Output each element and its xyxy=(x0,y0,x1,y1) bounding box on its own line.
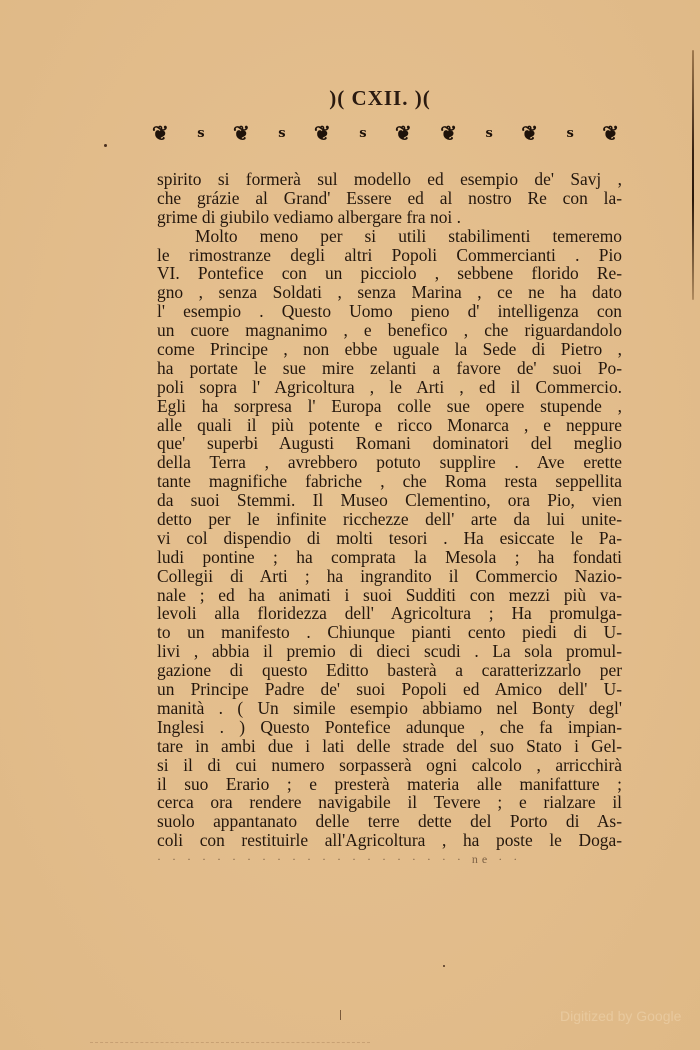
text-line: coli con restituirle all'Agricoltura , h… xyxy=(157,831,622,850)
ornament-s-glyph: s xyxy=(197,126,203,141)
speck xyxy=(443,965,445,967)
text-line: che grázie al Grand' Essere ed al nostro… xyxy=(157,189,622,208)
decorative-ornament-band: ❦s❦s❦s❦❦s❦s❦ xyxy=(152,118,618,148)
text-line: VI. Pontefice con un picciolo , sebbene … xyxy=(157,264,622,283)
text-line: l' esempio . Questo Uomo pieno d' intell… xyxy=(157,302,622,321)
text-line: poli sopra l' Agricoltura , le Arti , ed… xyxy=(157,378,622,397)
ornament-leaf-icon: ❦ xyxy=(314,121,330,145)
ornament-s-glyph: s xyxy=(359,126,365,141)
ornament-leaf-icon: ❦ xyxy=(440,121,456,145)
ornament-leaf-icon: ❦ xyxy=(395,121,411,145)
text-line: to un manifesto . Chiunque pianti cento … xyxy=(157,623,622,642)
ornament-s-glyph: s xyxy=(278,126,284,141)
text-line: grime di giubilo vediamo albergare fra n… xyxy=(157,208,622,227)
text-line: detto per le infinite ricchezze dell' ar… xyxy=(157,510,622,529)
text-line: Collegii di Arti ; ha ingrandito il Comm… xyxy=(157,567,622,586)
body-text: spirito si formerà sul modello ed esempi… xyxy=(157,170,622,869)
watermark: Digitized by Google xyxy=(560,1008,681,1024)
text-line: · · · · · · · · · · · · · · · · · · · · … xyxy=(157,850,622,869)
text-line: Inglesi . ) Questo Pontefice adunque , c… xyxy=(157,718,622,737)
text-line: manità . ( Un simile esempio abbiamo nel… xyxy=(157,699,622,718)
ornament-leaf-icon: ❦ xyxy=(152,121,168,145)
ornament-leaf-icon: ❦ xyxy=(602,121,618,145)
page-number: )( CXII. )( xyxy=(0,86,700,111)
text-line: Molto meno per si utili stabilimenti tem… xyxy=(157,227,622,246)
text-line: alle quali il più potente e ricco Monarc… xyxy=(157,416,622,435)
text-line: della Terra , avrebbero potuto supplire … xyxy=(157,453,622,472)
text-line: gno , senza Soldati , senza Marina , ce … xyxy=(157,283,622,302)
text-line: un cuore magnanimo , e benefico , che ri… xyxy=(157,321,622,340)
ornament-s-glyph: s xyxy=(485,126,491,141)
text-line: da suoi Stemmi. Il Museo Clementino, ora… xyxy=(157,491,622,510)
text-line: ludi pontine ; ha comprata la Mesola ; h… xyxy=(157,548,622,567)
margin-mark xyxy=(340,1010,341,1020)
text-line: Egli ha sorpresa l' Europa colle sue ope… xyxy=(157,397,622,416)
ornament-s-glyph: s xyxy=(566,126,572,141)
ornament-leaf-icon: ❦ xyxy=(233,121,249,145)
text-line: si il di cui numero sorpasserà ogni calc… xyxy=(157,756,622,775)
text-line: que' superbi Augusti Romani dominatori d… xyxy=(157,434,622,453)
text-line: cerca ora rendere navigabile il Tevere ;… xyxy=(157,793,622,812)
text-line: nale ; ed ha animati i suoi Sudditi con … xyxy=(157,586,622,605)
text-line: gazione di questo Editto basterà a carat… xyxy=(157,661,622,680)
text-line: tare in ambi due i lati delle strade del… xyxy=(157,737,622,756)
text-line: livi , abbia il premio di dieci scudi . … xyxy=(157,642,622,661)
text-line: il suo Erario ; e presterà materia alle … xyxy=(157,775,622,794)
text-line: spirito si formerà sul modello ed esempi… xyxy=(157,170,622,189)
text-line: ha portate le sue mire zelanti a favore … xyxy=(157,359,622,378)
text-line: suolo appantanato delle terre dette del … xyxy=(157,812,622,831)
speck xyxy=(104,144,107,147)
text-line: come Principe , non ebbe uguale la Sede … xyxy=(157,340,622,359)
bottom-edge-marks xyxy=(90,1040,370,1043)
text-line: un Principe Padre de' suoi Popoli ed Ami… xyxy=(157,680,622,699)
text-line: le rimostranze degli altri Popoli Commer… xyxy=(157,246,622,265)
ornament-leaf-icon: ❦ xyxy=(521,121,537,145)
text-line: vi col dispendio di molti tesori . Ha es… xyxy=(157,529,622,548)
book-page: )( CXII. )( ❦s❦s❦s❦❦s❦s❦ spirito si form… xyxy=(0,0,700,1050)
text-line: levoli alla floridezza dell' Agricoltura… xyxy=(157,604,622,623)
text-line: tante magnifiche fabriche , che Roma res… xyxy=(157,472,622,491)
